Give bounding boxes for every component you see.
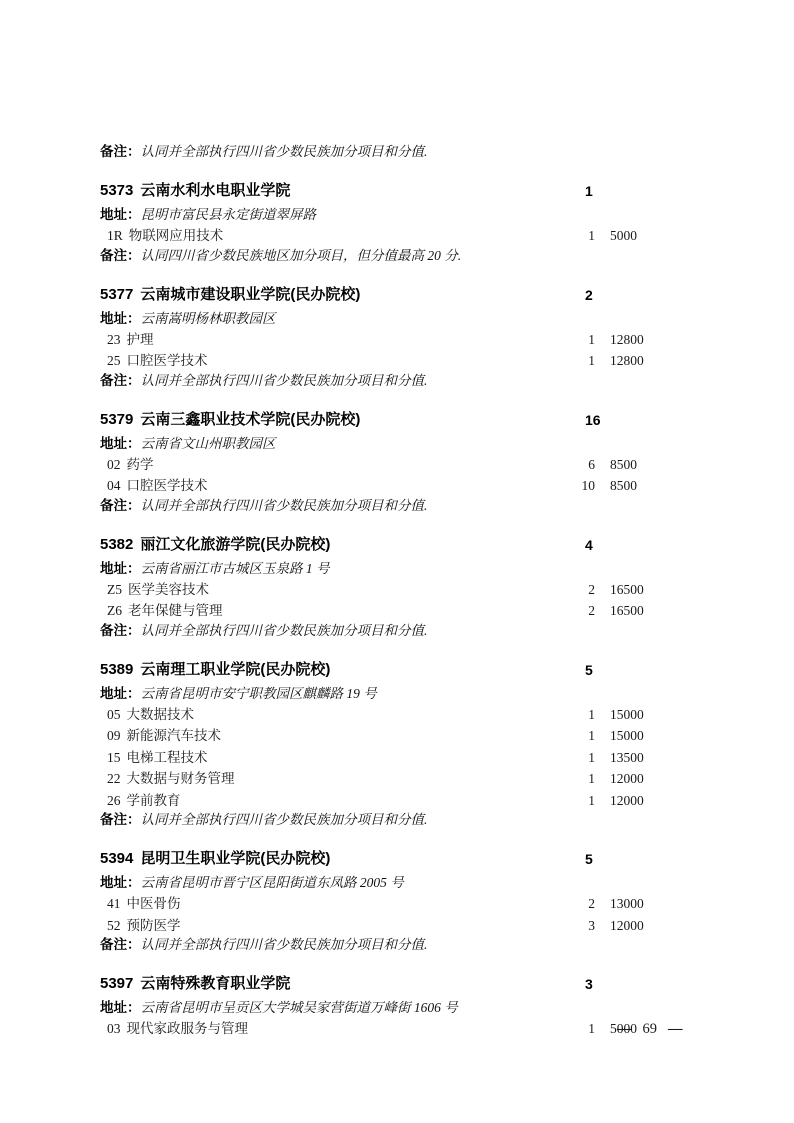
institution-block: 5394昆明卫生职业学院(民办院校) 5 地址：云南省昆明市晋宁区昆阳街道东凤路…: [100, 848, 660, 955]
major-fee: 12000: [610, 790, 644, 812]
major-plan-count: 1: [540, 725, 595, 747]
major-row: Z6老年保健与管理 2 16500: [100, 600, 660, 622]
institution-note: 备注：认同四川省少数民族地区加分项目，但分值最高 20 分.: [100, 245, 660, 266]
major-plan-count: 3: [540, 915, 595, 937]
major-title: 现代家政服务与管理: [127, 1021, 249, 1036]
note-label: 备注：: [100, 812, 141, 827]
institution-title: 5397云南特殊教育职业学院: [100, 975, 290, 992]
major-row: 41中医骨伤 2 13000: [100, 893, 660, 915]
major-name: 26学前教育: [100, 793, 181, 808]
major-title: 口腔医学技术: [127, 353, 208, 368]
institution-note: 备注：认同并全部执行四川省少数民族加分项目和分值.: [100, 934, 660, 955]
major-plan-count: 2: [540, 579, 595, 601]
major-plan-count: 1: [540, 704, 595, 726]
institution-block: 5382丽江文化旅游学院(民办院校) 4 地址：云南省丽江市古城区玉泉路 1 号…: [100, 534, 660, 641]
address-line: 地址：云南省昆明市呈贡区大学城吴家营街道万峰街 1606 号: [100, 997, 660, 1018]
major-name: 04口腔医学技术: [100, 478, 208, 493]
address-label: 地址：: [100, 1000, 141, 1015]
institution-total-count: 5: [585, 659, 593, 681]
major-row: Z5医学美容技术 2 16500: [100, 579, 660, 601]
address-line: 地址：云南省昆明市安宁职教园区麒麟路 19 号: [100, 683, 660, 704]
institution-code: 5382: [100, 536, 133, 553]
major-row: 05大数据技术 1 15000: [100, 704, 660, 726]
address-text: 云南省丽江市古城区玉泉路 1 号: [141, 561, 330, 576]
institution-header: 5373云南水利水电职业学院 1: [100, 180, 660, 202]
institution-code: 5379: [100, 411, 133, 428]
major-fee: 15000: [610, 704, 644, 726]
institution-note: 备注：认同并全部执行四川省少数民族加分项目和分值.: [100, 809, 660, 830]
major-code: 09: [107, 728, 121, 743]
major-plan-count: 1: [540, 329, 595, 351]
institution-name: 云南三鑫职业技术学院(民办院校): [140, 411, 360, 428]
major-code: Z5: [107, 582, 122, 597]
continuation-note: 备注：认同并全部执行四川省少数民族加分项目和分值.: [100, 141, 660, 162]
institution-code: 5394: [100, 850, 133, 867]
address-text: 云南省昆明市安宁职教园区麒麟路 19 号: [141, 686, 377, 701]
institution-header: 5394昆明卫生职业学院(民办院校) 5: [100, 848, 660, 870]
note-label: 备注：: [100, 144, 141, 159]
major-row: 03现代家政服务与管理 1 5000: [100, 1018, 660, 1040]
institution-list: 5373云南水利水电职业学院 1 地址：昆明市富民县永定街道翠屏路 1R物联网应…: [100, 180, 660, 1040]
major-fee: 12800: [610, 329, 644, 351]
major-list: 41中医骨伤 2 13000 52预防医学 3 12000: [100, 893, 660, 936]
institution-title: 5373云南水利水电职业学院: [100, 182, 290, 199]
page-number: 69: [643, 1021, 658, 1038]
note-label: 备注：: [100, 373, 141, 388]
major-fee: 5000: [610, 225, 637, 247]
major-name: 22大数据与财务管理: [100, 771, 235, 786]
note-text: 认同并全部执行四川省少数民族加分项目和分值.: [141, 623, 428, 638]
institution-block: 5389云南理工职业学院(民办院校) 5 地址：云南省昆明市安宁职教园区麒麟路 …: [100, 659, 660, 831]
institution-code: 5373: [100, 182, 133, 199]
major-title: 物联网应用技术: [129, 228, 224, 243]
footer-left-dash: —: [617, 1021, 632, 1038]
major-title: 医学美容技术: [128, 582, 209, 597]
major-code: 15: [107, 750, 121, 765]
major-fee: 12000: [610, 768, 644, 790]
note-label: 备注：: [100, 248, 141, 263]
institution-note: 备注：认同并全部执行四川省少数民族加分项目和分值.: [100, 620, 660, 641]
major-row: 15电梯工程技术 1 13500: [100, 747, 660, 769]
institution-code: 5389: [100, 661, 133, 678]
note-text: 认同并全部执行四川省少数民族加分项目和分值.: [141, 812, 428, 827]
page-footer: — 69 —: [617, 1021, 683, 1038]
major-code: 23: [107, 332, 121, 347]
major-code: 41: [107, 896, 121, 911]
institution-total-count: 5: [585, 848, 593, 870]
major-name: 15电梯工程技术: [100, 750, 208, 765]
footer-right-dash: —: [668, 1021, 683, 1038]
major-code: 22: [107, 771, 121, 786]
document-page: 备注：认同并全部执行四川省少数民族加分项目和分值. 5373云南水利水电职业学院…: [0, 0, 794, 1123]
institution-total-count: 1: [585, 180, 593, 202]
major-list: Z5医学美容技术 2 16500 Z6老年保健与管理 2 16500: [100, 579, 660, 622]
institution-block: 5373云南水利水电职业学院 1 地址：昆明市富民县永定街道翠屏路 1R物联网应…: [100, 180, 660, 266]
address-line: 地址：云南省丽江市古城区玉泉路 1 号: [100, 558, 660, 579]
address-line: 地址：云南省昆明市晋宁区昆阳街道东凤路 2005 号: [100, 872, 660, 893]
major-plan-count: 2: [540, 600, 595, 622]
address-text: 云南嵩明杨林职教园区: [141, 311, 276, 326]
major-row: 02药学 6 8500: [100, 454, 660, 476]
address-text: 云南省昆明市晋宁区昆阳街道东凤路 2005 号: [141, 875, 404, 890]
major-title: 大数据技术: [127, 707, 195, 722]
major-row: 52预防医学 3 12000: [100, 915, 660, 937]
major-fee: 8500: [610, 475, 637, 497]
address-text: 昆明市富民县永定街道翠屏路: [141, 207, 317, 222]
institution-header: 5397云南特殊教育职业学院 3: [100, 973, 660, 995]
major-name: 03现代家政服务与管理: [100, 1021, 248, 1036]
major-name: 02药学: [100, 457, 154, 472]
address-line: 地址：昆明市富民县永定街道翠屏路: [100, 204, 660, 225]
note-label: 备注：: [100, 937, 141, 952]
major-fee: 16500: [610, 600, 644, 622]
major-code: 26: [107, 793, 121, 808]
note-text: 认同并全部执行四川省少数民族加分项目和分值.: [141, 498, 428, 513]
major-title: 老年保健与管理: [128, 603, 223, 618]
major-name: 05大数据技术: [100, 707, 194, 722]
institution-note: 备注：认同并全部执行四川省少数民族加分项目和分值.: [100, 495, 660, 516]
note-label: 备注：: [100, 498, 141, 513]
address-text: 云南省昆明市呈贡区大学城吴家营街道万峰街 1606 号: [141, 1000, 458, 1015]
address-label: 地址：: [100, 686, 141, 701]
major-fee: 13500: [610, 747, 644, 769]
institution-name: 云南水利水电职业学院: [140, 182, 290, 199]
institution-block: 5379云南三鑫职业技术学院(民办院校) 16 地址：云南省文山州职教园区 02…: [100, 409, 660, 516]
major-name: Z6老年保健与管理: [100, 603, 223, 618]
major-fee: 13000: [610, 893, 644, 915]
major-row: 22大数据与财务管理 1 12000: [100, 768, 660, 790]
institution-header: 5379云南三鑫职业技术学院(民办院校) 16: [100, 409, 660, 431]
institution-total-count: 4: [585, 534, 593, 556]
major-code: 52: [107, 918, 121, 933]
institution-name: 云南城市建设职业学院(民办院校): [140, 286, 360, 303]
institution-code: 5377: [100, 286, 133, 303]
major-fee: 12800: [610, 350, 644, 372]
major-name: 1R物联网应用技术: [100, 228, 223, 243]
institution-title: 5377云南城市建设职业学院(民办院校): [100, 286, 360, 303]
major-code: 25: [107, 353, 121, 368]
major-title: 大数据与财务管理: [127, 771, 235, 786]
major-code: 05: [107, 707, 121, 722]
institution-name: 云南特殊教育职业学院: [140, 975, 290, 992]
note-text: 认同并全部执行四川省少数民族加分项目和分值.: [141, 144, 428, 159]
address-line: 地址：云南嵩明杨林职教园区: [100, 308, 660, 329]
major-name: 09新能源汽车技术: [100, 728, 221, 743]
institution-header: 5377云南城市建设职业学院(民办院校) 2: [100, 284, 660, 306]
major-row: 25口腔医学技术 1 12800: [100, 350, 660, 372]
major-name: 41中医骨伤: [100, 896, 181, 911]
institution-name: 云南理工职业学院(民办院校): [140, 661, 330, 678]
major-list: 02药学 6 8500 04口腔医学技术 10 8500: [100, 454, 660, 497]
institution-title: 5379云南三鑫职业技术学院(民办院校): [100, 411, 360, 428]
major-plan-count: 1: [540, 225, 595, 247]
address-text: 云南省文山州职教园区: [141, 436, 276, 451]
note-text: 认同并全部执行四川省少数民族加分项目和分值.: [141, 373, 428, 388]
major-list: 03现代家政服务与管理 1 5000: [100, 1018, 660, 1040]
major-fee: 8500: [610, 454, 637, 476]
major-row: 09新能源汽车技术 1 15000: [100, 725, 660, 747]
note-text: 认同四川省少数民族地区加分项目，但分值最高 20 分.: [141, 248, 462, 263]
institution-note: 备注：认同并全部执行四川省少数民族加分项目和分值.: [100, 370, 660, 391]
major-title: 中医骨伤: [127, 896, 181, 911]
institution-code: 5397: [100, 975, 133, 992]
institution-title: 5389云南理工职业学院(民办院校): [100, 661, 330, 678]
major-name: 23护理: [100, 332, 154, 347]
major-title: 口腔医学技术: [127, 478, 208, 493]
address-line: 地址：云南省文山州职教园区: [100, 433, 660, 454]
major-plan-count: 1: [540, 790, 595, 812]
address-label: 地址：: [100, 436, 141, 451]
major-plan-count: 1: [540, 350, 595, 372]
institution-total-count: 3: [585, 973, 593, 995]
major-list: 23护理 1 12800 25口腔医学技术 1 12800: [100, 329, 660, 372]
major-title: 药学: [127, 457, 154, 472]
major-name: Z5医学美容技术: [100, 582, 209, 597]
major-code: 04: [107, 478, 121, 493]
major-title: 护理: [127, 332, 154, 347]
major-list: 05大数据技术 1 15000 09新能源汽车技术 1 15000 15电梯工程…: [100, 704, 660, 812]
major-fee: 16500: [610, 579, 644, 601]
institution-total-count: 2: [585, 284, 593, 306]
institution-total-count: 16: [585, 409, 601, 431]
note-label: 备注：: [100, 623, 141, 638]
institution-name: 昆明卫生职业学院(民办院校): [140, 850, 330, 867]
major-plan-count: 1: [540, 747, 595, 769]
major-fee: 15000: [610, 725, 644, 747]
institution-title: 5394昆明卫生职业学院(民办院校): [100, 850, 330, 867]
major-code: 1R: [107, 228, 123, 243]
major-code: 03: [107, 1021, 121, 1036]
major-plan-count: 10: [540, 475, 595, 497]
major-title: 电梯工程技术: [127, 750, 208, 765]
address-label: 地址：: [100, 311, 141, 326]
address-label: 地址：: [100, 561, 141, 576]
institution-header: 5389云南理工职业学院(民办院校) 5: [100, 659, 660, 681]
major-row: 1R物联网应用技术 1 5000: [100, 225, 660, 247]
address-label: 地址：: [100, 207, 141, 222]
major-name: 25口腔医学技术: [100, 353, 208, 368]
major-name: 52预防医学: [100, 918, 181, 933]
institution-header: 5382丽江文化旅游学院(民办院校) 4: [100, 534, 660, 556]
document-content: 备注：认同并全部执行四川省少数民族加分项目和分值. 5373云南水利水电职业学院…: [100, 141, 660, 1040]
institution-block: 5377云南城市建设职业学院(民办院校) 2 地址：云南嵩明杨林职教园区 23护…: [100, 284, 660, 391]
major-fee: 12000: [610, 915, 644, 937]
major-code: 02: [107, 457, 121, 472]
institution-title: 5382丽江文化旅游学院(民办院校): [100, 536, 330, 553]
major-code: Z6: [107, 603, 122, 618]
major-plan-count: 1: [540, 768, 595, 790]
major-plan-count: 1: [540, 1018, 595, 1040]
major-plan-count: 2: [540, 893, 595, 915]
major-title: 预防医学: [127, 918, 181, 933]
major-row: 26学前教育 1 12000: [100, 790, 660, 812]
major-plan-count: 6: [540, 454, 595, 476]
institution-name: 丽江文化旅游学院(民办院校): [140, 536, 330, 553]
note-text: 认同并全部执行四川省少数民族加分项目和分值.: [141, 937, 428, 952]
major-row: 04口腔医学技术 10 8500: [100, 475, 660, 497]
address-label: 地址：: [100, 875, 141, 890]
institution-block: 5397云南特殊教育职业学院 3 地址：云南省昆明市呈贡区大学城吴家营街道万峰街…: [100, 973, 660, 1040]
major-list: 1R物联网应用技术 1 5000: [100, 225, 660, 247]
major-row: 23护理 1 12800: [100, 329, 660, 351]
major-title: 学前教育: [127, 793, 181, 808]
major-title: 新能源汽车技术: [127, 728, 222, 743]
